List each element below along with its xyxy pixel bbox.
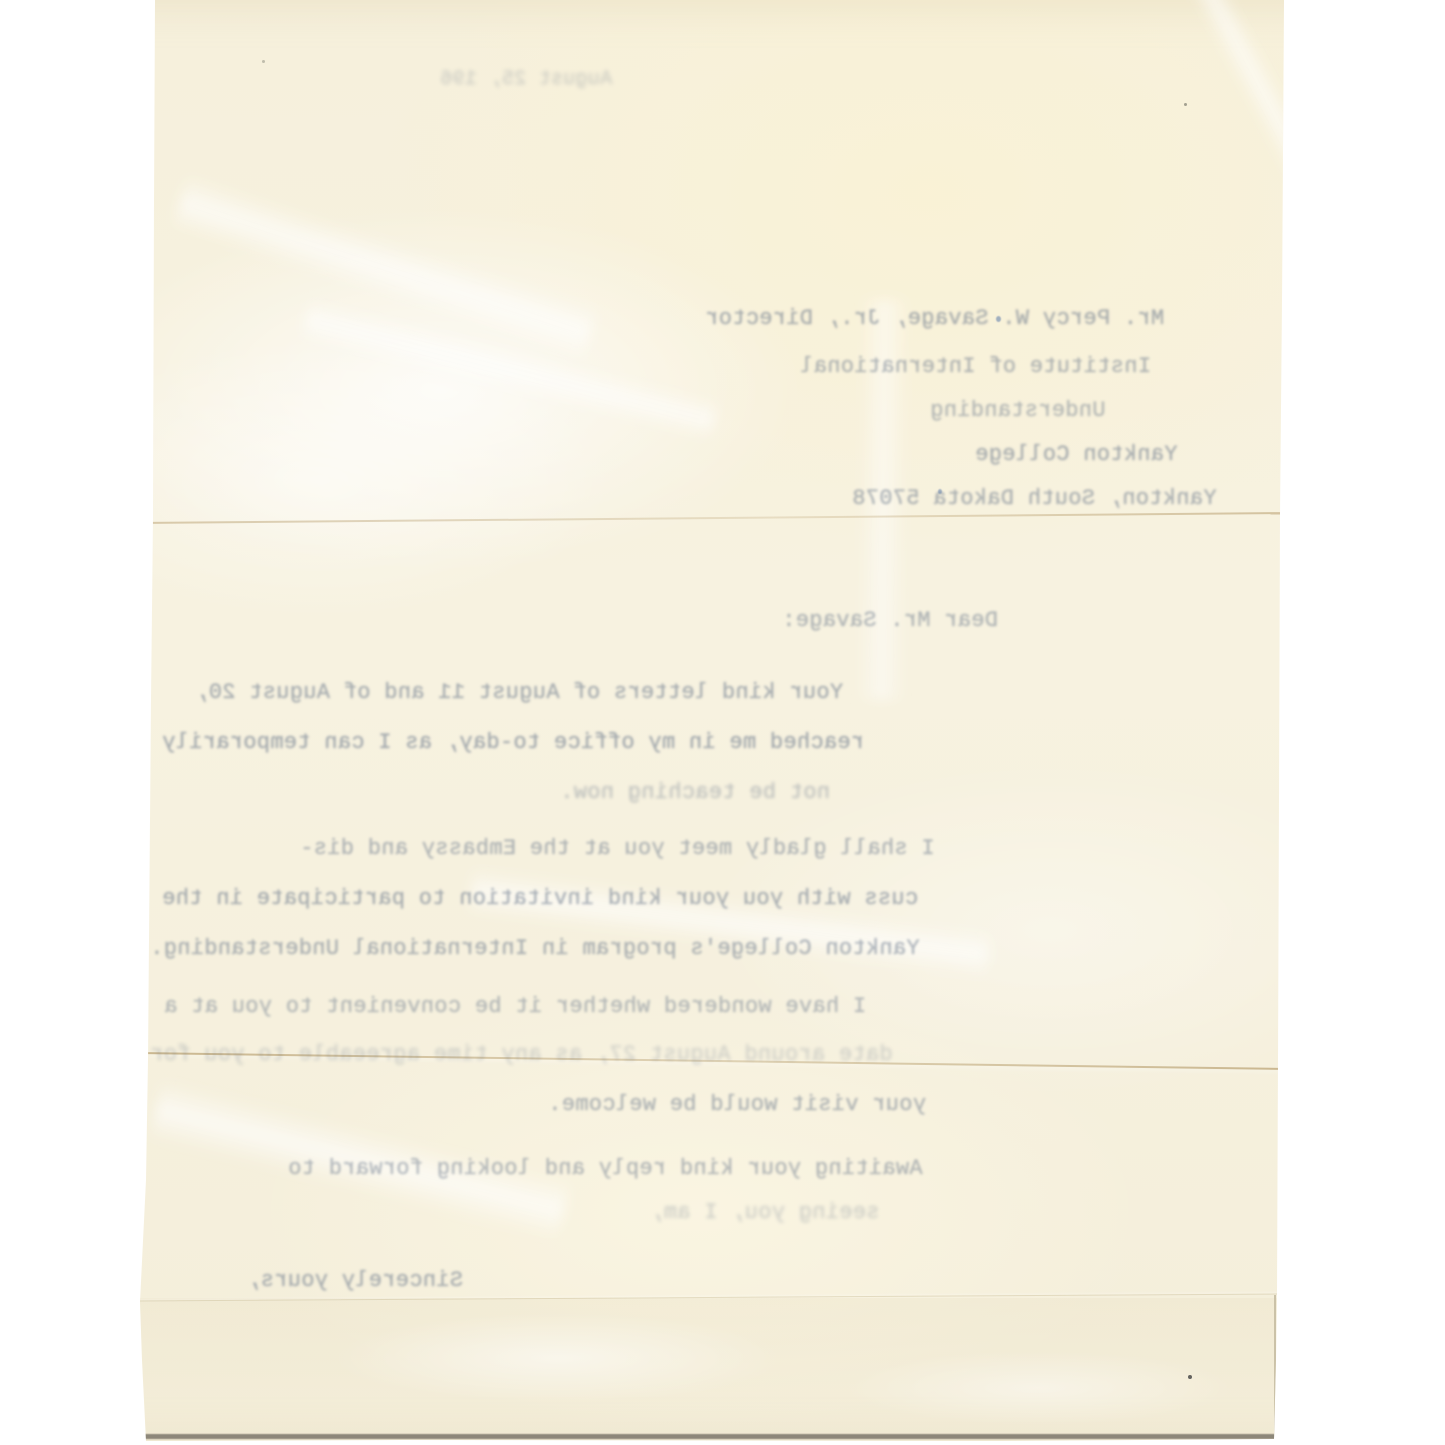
body-line: Yankton College's program in Internation… bbox=[150, 938, 920, 960]
salutation-line: Dear Mr. Savage: bbox=[782, 610, 998, 632]
ink-speck bbox=[996, 316, 1001, 322]
recipient-line: Understanding bbox=[930, 400, 1106, 422]
body-line: I have wondered whether it be convenient… bbox=[164, 996, 866, 1018]
letter-photo: August 25, 196 Mr. Percy W. Savage, Jr.,… bbox=[0, 0, 1445, 1445]
body-line: not be teaching now. bbox=[560, 782, 830, 804]
body-line: reached me in my office to-day, as I can… bbox=[162, 732, 864, 754]
recipient-line: Mr. Percy W. Savage, Jr., Director bbox=[705, 308, 1164, 330]
ink-speck bbox=[262, 60, 265, 63]
body-line: cuss with you your kind invitation to pa… bbox=[162, 888, 918, 910]
recipient-line: Yankton, South Dakota 57078 bbox=[852, 488, 1217, 510]
ink-speck bbox=[1184, 103, 1187, 106]
crease-highlight bbox=[1175, 0, 1346, 227]
date-line: August 25, 196 bbox=[440, 70, 612, 90]
body-line: date around August 27, as any time agree… bbox=[150, 1044, 893, 1066]
letter-sheet: August 25, 196 Mr. Percy W. Savage, Jr.,… bbox=[0, 0, 1445, 1445]
recipient-line: Yankton College bbox=[975, 444, 1178, 466]
bottom-fold-panel bbox=[138, 1298, 1280, 1438]
paper-right-edge bbox=[1274, 1295, 1276, 1437]
paper-bottom-edge bbox=[140, 1434, 1276, 1439]
body-line: Your kind letters of August 11 and of Au… bbox=[195, 682, 843, 704]
closing-line: Awaiting your kind reply and looking for… bbox=[288, 1158, 923, 1180]
ink-speck bbox=[938, 489, 942, 494]
ink-speck bbox=[1188, 1375, 1192, 1379]
body-line: I shall gladly meet you at the Embassy a… bbox=[300, 838, 935, 860]
signoff-line: Sincerely yours, bbox=[247, 1270, 463, 1292]
body-line: your visit would be welcome. bbox=[548, 1094, 926, 1116]
recipient-line: Institute of International bbox=[800, 356, 1151, 378]
closing-line: seeing you, I am, bbox=[650, 1202, 880, 1224]
crease-highlight bbox=[469, 868, 991, 977]
fold-crease-top bbox=[150, 512, 1283, 524]
